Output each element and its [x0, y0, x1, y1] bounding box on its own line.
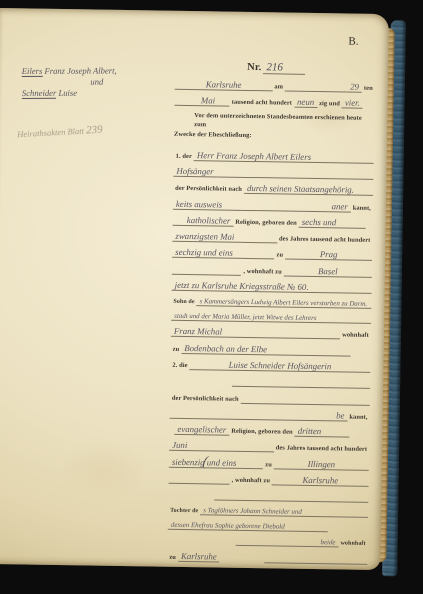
printed-text: , wohnhaft zu	[230, 477, 273, 486]
form-line: zwanzigsten Maides Jahres tausend acht h…	[172, 226, 372, 245]
handwritten-entry: Franz Michal	[171, 326, 225, 338]
page-corner-letter: B.	[348, 36, 358, 48]
bride-given-names: Luise	[56, 88, 77, 98]
handwritten-entry: 29	[347, 81, 362, 92]
handwritten-entry: sechzig und eins	[172, 247, 236, 259]
form-line: sechzig und einszuPrag	[172, 242, 372, 261]
spacer	[220, 562, 264, 563]
handwritten-entry: zwanzigsten Mai	[172, 231, 237, 243]
form-line: keits ausweisanerkannt,	[173, 193, 373, 212]
bride-margin-name: Schneider Luise	[22, 87, 172, 98]
form-lines: 1. derHerr Franz Joseph Albert EilersHof…	[167, 144, 374, 564]
handwritten-entry: neun	[294, 97, 317, 108]
printed-text: Nr.	[245, 62, 263, 74]
blank-line	[174, 105, 186, 106]
paper-stain	[59, 439, 150, 500]
groom-given-names: Franz Joseph Albert,	[42, 65, 116, 75]
handwritten-entry: Mai	[186, 95, 230, 107]
pencil-note-number: 239	[86, 124, 103, 137]
handwritten-entry: Juni	[169, 440, 190, 451]
bride-surname: Schneider	[22, 88, 56, 99]
form-column: Nr.216Karlsruheam29tenMaitausend acht hu…	[167, 57, 375, 565]
margin-conjunction: und	[22, 76, 172, 87]
printed-text: Religion, geboren den	[233, 219, 299, 228]
printed-text: , wohnhaft zu	[241, 268, 284, 277]
form-line: Franz Michalwohnhaft	[171, 321, 371, 340]
handwritten-entry: Illingen	[274, 458, 369, 470]
printed-text: der Persönlichkeit nach	[173, 185, 244, 194]
form-line: katholischerReligion, geboren densechs u…	[173, 209, 373, 228]
printed-text: 1. der	[174, 152, 194, 160]
printed-text: kannt,	[347, 413, 369, 421]
printed-text: wohnhaft	[340, 332, 371, 340]
handwritten-entry: Hofsänger	[173, 166, 216, 178]
printed-text: zu	[167, 553, 178, 561]
handwritten-entry: Basel	[284, 265, 372, 277]
groom-surname: Eilers	[22, 66, 43, 77]
printed-text: zu	[274, 252, 285, 260]
printed-text: zig und	[317, 100, 342, 108]
form-line: , wohnhaft zuKarlsruhe	[169, 467, 369, 486]
register-page: B. Eilers Franz Joseph Albert, und Schne…	[0, 8, 389, 570]
form-line: Tochter des Taglöhners Johann Schneider …	[168, 500, 368, 518]
form-line: stadt und der Maria Müller, jetzt Witwe …	[171, 306, 371, 324]
handwritten-entry: beide	[318, 539, 339, 547]
printed-text: der Persönlichkeit nach	[170, 394, 241, 403]
handwritten-entry: Karlsruhe	[175, 78, 273, 91]
intro-line: Zwecke der Eheschließung:	[174, 130, 374, 143]
handwritten-entry: dritten	[295, 426, 350, 438]
handwritten-entry: katholischer	[184, 215, 234, 227]
form-line: Junides Jahres tausend acht hundert	[169, 435, 369, 454]
form-line: Karlsruheam29ten	[175, 73, 375, 92]
printed-text: Sohn de	[171, 299, 196, 306]
printed-text: Religion, geboren den	[229, 428, 295, 437]
handwritten-entry: Prag	[285, 249, 372, 261]
handwritten-entry: Karlsruhe	[178, 551, 220, 563]
handwritten-entry: Karlsruhe	[272, 474, 369, 487]
printed-text: zu	[263, 461, 274, 469]
handwritten-entry: durch seinen Staatsangehörig.	[244, 183, 373, 196]
printed-text: 2. die	[170, 362, 189, 370]
printed-text: ten	[362, 84, 375, 92]
form-line: 2. dieLuise Schneider Hofsängerin	[170, 353, 370, 372]
handwritten-entry: aner	[329, 201, 351, 212]
form-line: bekannt,	[170, 402, 370, 421]
form-line: Hofsänger	[173, 160, 373, 179]
handwritten-entry: vier.	[342, 97, 363, 108]
printed-text: kannt,	[351, 204, 373, 212]
pencil-note-text: Heirathsakten Blatt	[17, 126, 84, 140]
blank-line	[264, 562, 367, 565]
margin-name-annotation: Eilers Franz Joseph Albert, und Schneide…	[22, 65, 172, 99]
form-line: dessen Ehefrau Sophie geborene Diebold	[168, 515, 368, 533]
printed-text: des Jahres tausend acht hundert	[274, 445, 370, 454]
groom-margin-name: Eilers Franz Joseph Albert,	[22, 65, 172, 76]
record-header-lines: Nr.216Karlsruheam29tenMaitausend acht hu…	[174, 57, 375, 109]
form-line: evangelischerReligion, geboren dendritte…	[169, 419, 369, 438]
handwritten-entry: be	[333, 410, 347, 421]
photographed-register-scan: B. Eilers Franz Joseph Albert, und Schne…	[0, 0, 423, 594]
printed-text: tausend acht hundert	[230, 99, 294, 108]
form-line: Maitausend acht hundertneunzig undvier.	[174, 89, 374, 108]
form-line: zuBodenbach an der Elbe	[171, 337, 371, 356]
handwritten-entry: keits ausweis	[173, 198, 225, 210]
pencil-archive-note: Heirathsakten Blatt 239	[17, 119, 187, 140]
form-line: der Persönlichkeit nachdurch seinen Staa…	[173, 177, 373, 196]
form-line: zuKarlsruhe	[167, 545, 367, 564]
form-line: 1. derHerr Franz Joseph Albert Eilers	[174, 144, 374, 163]
form-line: , wohnhaft zuBasel	[172, 258, 372, 277]
form-line: Sohn des Kammersängers Ludwig Albert Eil…	[171, 291, 371, 309]
printed-text: wohnhaft	[338, 541, 367, 548]
handwritten-entry: Bodenbach an der Elbe	[181, 343, 270, 355]
printed-text: Tochter de	[168, 508, 200, 516]
printed-intro-paragraph: Vor dem unterzeichneten Standesbeamten e…	[174, 111, 374, 143]
printed-text: zu	[171, 345, 182, 353]
printed-text: des Jahres tausend acht hundert	[277, 236, 373, 245]
handwritten-entry: evangelischer	[174, 424, 229, 436]
printed-text: am	[272, 83, 285, 91]
handwritten-entry: 216	[263, 61, 305, 75]
form-line: jetzt zu Karlsruhe Kriegsstraße № 60.	[172, 275, 372, 294]
form-line: der Persönlichkeit nach	[170, 386, 370, 405]
handwritten-entry: sechs und	[299, 217, 366, 229]
form-line: siebenzig und einszuIllingen	[169, 451, 369, 470]
blank-line	[173, 225, 184, 226]
